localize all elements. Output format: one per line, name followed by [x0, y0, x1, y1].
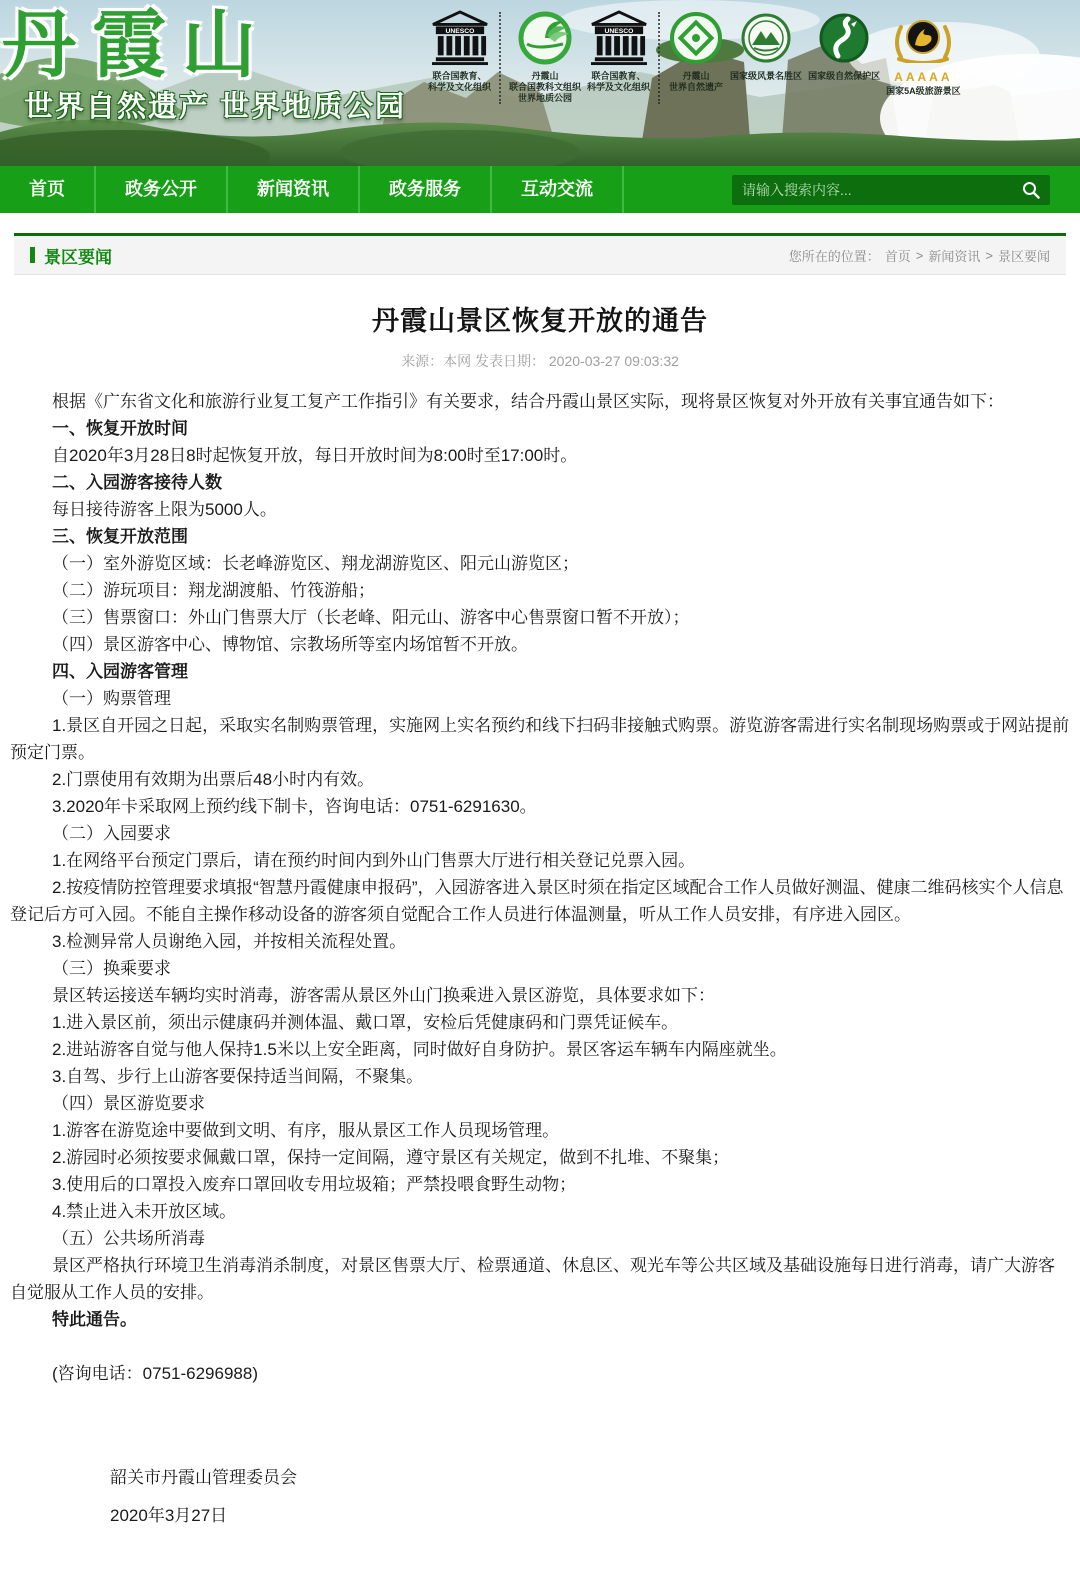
aaaaa-tourism-icon	[891, 8, 955, 68]
article-paragraph: （二）入园要求	[10, 820, 1070, 847]
breadcrumb-link-section[interactable]: 景区要闻	[998, 246, 1050, 265]
main-nav: 首页 政务公开 新闻资讯 政务服务 互动交流	[0, 166, 1080, 213]
badge-divider	[658, 12, 660, 104]
badge-caption: 国家级自然保护区	[808, 71, 880, 82]
search-icon[interactable]	[1022, 181, 1040, 199]
badge-world-heritage: 丹霞山 世界自然遗产	[668, 8, 724, 93]
article-paragraph: 1.游客在游览途中要做到文明、有序，服从景区工作人员现场管理。	[10, 1117, 1070, 1144]
article: 丹霞山景区恢复开放的通告 来源：本网 发表日期： 2020-03-27 09:0…	[0, 299, 1080, 1575]
certification-badges: UNESCO 联合国教育、 科学及文化组织	[428, 8, 961, 104]
nav-item-gov-service[interactable]: 政务服务	[360, 166, 492, 213]
article-paragraph: 2.进站游客自觉与他人保持1.5米以上安全距离，同时做好自身防护。景区客运车辆车…	[10, 1036, 1070, 1063]
svg-text:UNESCO: UNESCO	[604, 28, 633, 35]
article-paragraph: 三、恢复开放范围	[10, 523, 1070, 550]
nav-item-news[interactable]: 新闻资讯	[228, 166, 360, 213]
nature-reserve-icon	[818, 8, 870, 68]
badge-caption: 联合国教育、 科学及文化组织	[428, 71, 491, 93]
article-paragraph: （三）换乘要求	[10, 955, 1070, 982]
site-banner: 丹霞山 世界自然遗产 世界地质公园 UNESCO 联合国教育、	[0, 0, 1080, 166]
badge-unesco-heritage-org: UNESCO 联合国教育、 科学及文化组织	[587, 8, 650, 93]
article-paragraph: 根据《广东省文化和旅游行业复工复产工作指引》有关要求，结合丹霞山景区实际，现将景…	[10, 388, 1070, 415]
article-meta: 来源：本网 发表日期： 2020-03-27 09:03:32	[10, 351, 1070, 371]
svg-text:UNESCO: UNESCO	[445, 28, 474, 35]
search-box[interactable]	[732, 175, 1050, 205]
article-paragraph: （四）景区游览要求	[10, 1090, 1070, 1117]
badge-nature-reserve: 国家级自然保护区	[808, 8, 880, 82]
article-paragraph: 1.景区自开园之日起，采取实名制购票管理，实施网上实名预约和线下扫码非接触式购票…	[10, 712, 1070, 766]
badge-unesco-geopark-org: UNESCO 联合国教育、 科学及文化组织	[428, 8, 491, 93]
aaaaa-stars: AAAAA	[894, 71, 952, 83]
article-paragraph: 1.在网络平台预定门票后，请在预约时间内到外山门售票大厅进行相关登记兑票入园。	[10, 847, 1070, 874]
site-logo-text: 丹霞山	[2, 0, 272, 92]
badge-national-park: 国家级风景名胜区	[730, 8, 802, 82]
article-paragraph: 2.门票使用有效期为出票后48小时内有效。	[10, 766, 1070, 793]
nav-item-home[interactable]: 首页	[0, 166, 96, 213]
article-paragraph: 二、入园游客接待人数	[10, 469, 1070, 496]
article-paragraph: （四）景区游客中心、博物馆、宗教场所等室内场馆暂不开放。	[10, 631, 1070, 658]
unesco-icon: UNESCO	[590, 8, 648, 68]
breadcrumb-link-home[interactable]: 首页	[885, 246, 911, 265]
badge-caption: 丹霞山 世界自然遗产	[669, 71, 723, 93]
breadcrumb-separator: >	[985, 248, 993, 263]
breadcrumb-bar: 景区要闻 您所在的位置： 首页 > 新闻资讯 > 景区要闻	[14, 233, 1066, 275]
article-paragraph: （一）室外游览区域：长老峰游览区、翔龙湖游览区、阳元山游览区；	[10, 550, 1070, 577]
article-paragraph: （三）售票窗口：外山门售票大厅（长老峰、阳元山、游客中心售票窗口暂不开放）；	[10, 604, 1070, 631]
article-paragraph: 一、恢复开放时间	[10, 415, 1070, 442]
article-body: 根据《广东省文化和旅游行业复工复产工作指引》有关要求，结合丹霞山景区实际，现将景…	[10, 388, 1070, 1535]
badge-aaaaa-tourism: AAAAA 国家5A级旅游景区	[886, 8, 961, 97]
unesco-icon: UNESCO	[431, 8, 489, 68]
article-paragraph: 2.按疫情防控管理要求填报“智慧丹霞健康申报码”，入园游客进入景区时须在指定区域…	[10, 874, 1070, 928]
article-paragraph: 3.使用后的口罩投入废弃口罩回收专用垃圾箱；严禁投喂食野生动物；	[10, 1171, 1070, 1198]
badge-global-geopark: 丹霞山 联合国教科文组织 世界地质公园	[509, 8, 581, 104]
article-paragraph: 2.游园时必须按要求佩戴口罩，保持一定间隔，遵守景区有关规定，做到不扎堆、不聚集…	[10, 1144, 1070, 1171]
badge-caption: 国家5A级旅游景区	[886, 86, 961, 97]
badge-caption: 丹霞山 联合国教科文组织 世界地质公园	[509, 71, 581, 104]
search-input[interactable]	[742, 182, 1014, 198]
page-title: 丹霞山景区恢复开放的通告	[10, 299, 1070, 338]
world-heritage-icon	[668, 8, 724, 68]
nav-item-interaction[interactable]: 互动交流	[492, 166, 624, 213]
section-title: 景区要闻	[44, 243, 112, 268]
article-paragraph: 3.2020年卡采取网上预约线下制卡，咨询电话：0751-6291630。	[10, 793, 1070, 820]
article-paragraph: （一）购票管理	[10, 685, 1070, 712]
breadcrumb-separator: >	[916, 248, 924, 263]
breadcrumb-link-news[interactable]: 新闻资讯	[928, 246, 980, 265]
badge-caption: 联合国教育、 科学及文化组织	[587, 71, 650, 93]
article-paragraph: 3.自驾、步行上山游客要保持适当间隔，不聚集。	[10, 1063, 1070, 1090]
article-paragraph: 自2020年3月28日8时起恢复开放，每日开放时间为8:00时至17:00时。	[10, 442, 1070, 469]
national-park-icon	[740, 8, 792, 68]
nav-item-gov-info[interactable]: 政务公开	[96, 166, 228, 213]
breadcrumb: 您所在的位置： 首页 > 新闻资讯 > 景区要闻	[789, 246, 1050, 265]
article-paragraph: （五）公共场所消毒	[10, 1225, 1070, 1252]
article-paragraph: 3.检测异常人员谢绝入园，并按相关流程处置。	[10, 928, 1070, 955]
article-paragraph: 每日接待游客上限为5000人。	[10, 496, 1070, 523]
article-paragraph: 景区转运接送车辆均实时消毒，游客需从景区外山门换乘进入景区游览，具体要求如下：	[10, 982, 1070, 1009]
badge-caption: 国家级风景名胜区	[730, 71, 802, 82]
article-paragraph: 1.进入景区前，须出示健康码并测体温、戴口罩，安检后凭健康码和门票凭证候车。	[10, 1009, 1070, 1036]
article-paragraph: （二）游玩项目：翔龙湖渡船、竹筏游船；	[10, 577, 1070, 604]
section-marker	[30, 247, 35, 263]
badge-divider	[499, 12, 501, 104]
global-geopark-icon	[517, 8, 573, 68]
article-paragraph: (咨询电话：0751-6296988)	[10, 1360, 1070, 1387]
article-paragraph: 2020年3月27日	[10, 1497, 1070, 1535]
article-paragraph: 四、入园游客管理	[10, 658, 1070, 685]
breadcrumb-label: 您所在的位置：	[789, 246, 880, 265]
article-paragraph: 韶关市丹霞山管理委员会	[10, 1459, 1070, 1497]
article-paragraph: 特此通告。	[10, 1306, 1070, 1333]
article-paragraph: 景区严格执行环境卫生消毒消杀制度，对景区售票大厅、检票通道、休息区、观光车等公共…	[10, 1252, 1070, 1306]
article-paragraph: 4.禁止进入未开放区域。	[10, 1198, 1070, 1225]
site-subtitle: 世界自然遗产 世界地质公园	[24, 84, 406, 125]
